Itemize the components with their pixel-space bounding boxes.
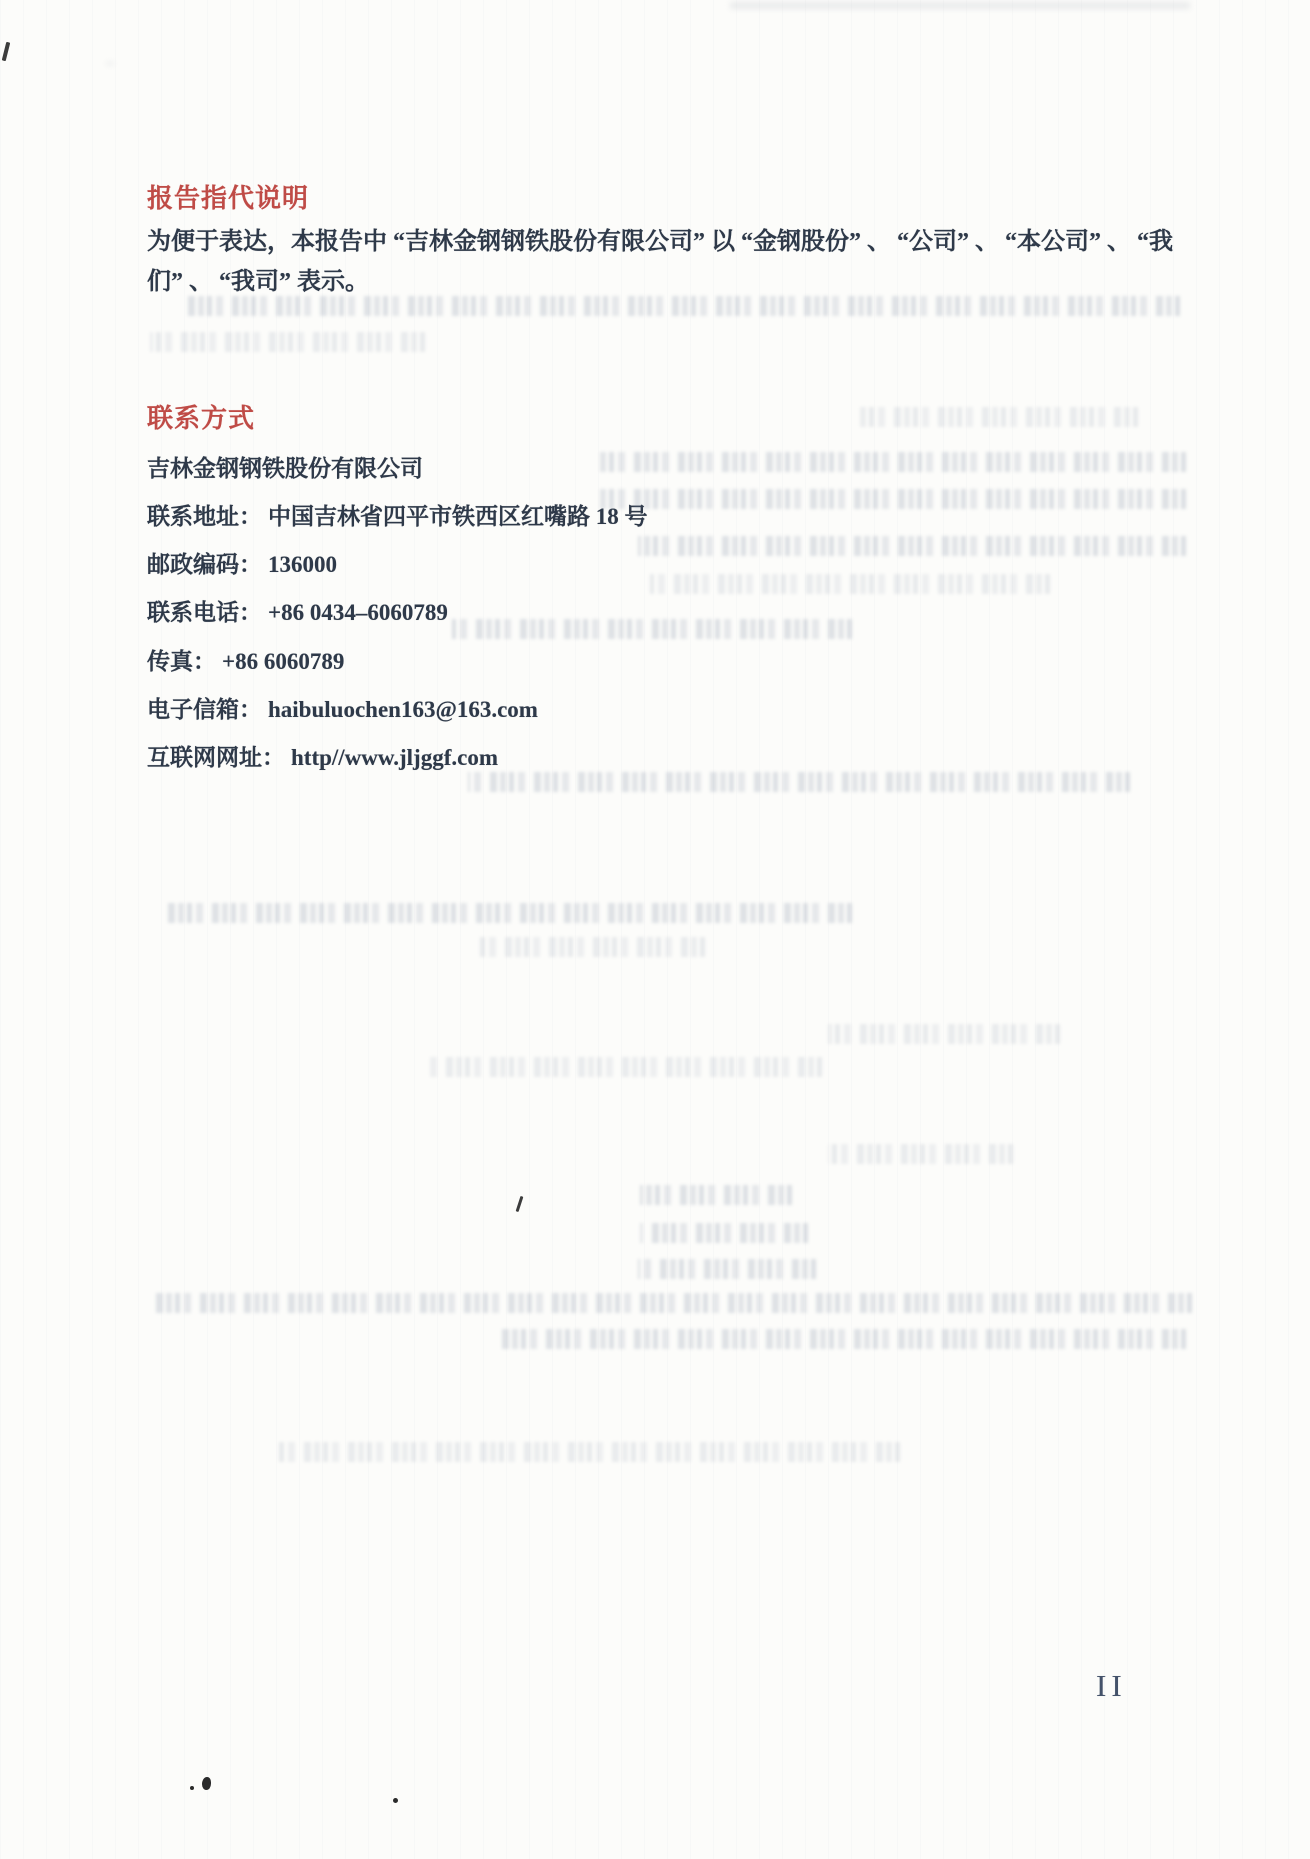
scan-artifact-stroke: [516, 1196, 524, 1212]
report-designation-paragraph: 为便于表达，本报告中 “吉林金钢钢铁股份有限公司” 以 “金钢股份” 、 “公司…: [147, 222, 1177, 302]
bleed-through-line: [650, 574, 1050, 594]
fax-label: 传真：: [147, 649, 216, 674]
email-row: 电子信箱：haibuluochen163@163.com: [147, 691, 538, 724]
ink-speck: [393, 1798, 398, 1803]
bleed-through-line: [638, 1259, 816, 1279]
bleed-through-line: [150, 332, 425, 352]
bleed-through-line: [498, 1329, 1186, 1349]
bleed-through-line: [480, 937, 705, 957]
bleed-through-line: [278, 1442, 900, 1462]
fax-value: +86 6060789: [216, 649, 344, 674]
bleed-through-line: [640, 1185, 792, 1205]
postal-code-label: 邮政编码：: [147, 552, 262, 577]
ink-speck: [190, 1786, 194, 1790]
ink-speck: [202, 1777, 211, 1790]
email-label: 电子信箱：: [147, 697, 262, 722]
bleed-through-line: [640, 1223, 808, 1243]
company-name: 吉林金钢钢铁股份有限公司: [147, 450, 423, 483]
scanned-document-page: 报告指代说明 为便于表达，本报告中 “吉林金钢钢铁股份有限公司” 以 “金钢股份…: [0, 0, 1310, 1859]
bleed-through-line: [452, 619, 852, 639]
section-heading-report-designation: 报告指代说明: [147, 178, 309, 215]
bleed-through-line: [430, 1057, 822, 1077]
email-value: haibuluochen163@163.com: [262, 697, 538, 722]
scan-artifact-smudge: [106, 62, 114, 65]
page-number: II: [1096, 1668, 1127, 1704]
bleed-through-line: [828, 1144, 1013, 1164]
phone-value: +86 0434–6060789: [262, 600, 448, 625]
fax-row: 传真：+86 6060789: [147, 643, 344, 676]
bleed-through-line: [638, 536, 1186, 556]
bleed-through-line: [858, 407, 1138, 427]
phone-row: 联系电话：+86 0434–6060789: [147, 594, 448, 627]
website-label: 互联网网址：: [147, 745, 285, 770]
bleed-through-line: [468, 772, 1130, 792]
postal-code-value: 136000: [262, 552, 337, 577]
bleed-through-line: [598, 489, 1186, 509]
phone-label: 联系电话：: [147, 600, 262, 625]
bleed-through-line: [828, 1024, 1060, 1044]
bleed-through-line: [185, 296, 1180, 316]
website-row: 互联网网址：http//www.jljggf.com: [147, 739, 498, 772]
scan-artifact-stroke: [2, 42, 10, 61]
bleed-through-line: [598, 452, 1186, 472]
contact-address-row: 联系地址：中国吉林省四平市铁西区红嘴路 18 号: [147, 498, 648, 531]
bleed-through-line: [160, 903, 852, 923]
bleed-through-line: [150, 1293, 1192, 1313]
scan-artifact-smudge: [730, 2, 1190, 9]
section-heading-contact-info: 联系方式: [147, 398, 255, 435]
contact-address-value: 中国吉林省四平市铁西区红嘴路 18 号: [262, 504, 648, 529]
postal-code-row: 邮政编码：136000: [147, 546, 337, 579]
contact-address-label: 联系地址：: [147, 504, 262, 529]
website-value: http//www.jljggf.com: [285, 745, 498, 770]
